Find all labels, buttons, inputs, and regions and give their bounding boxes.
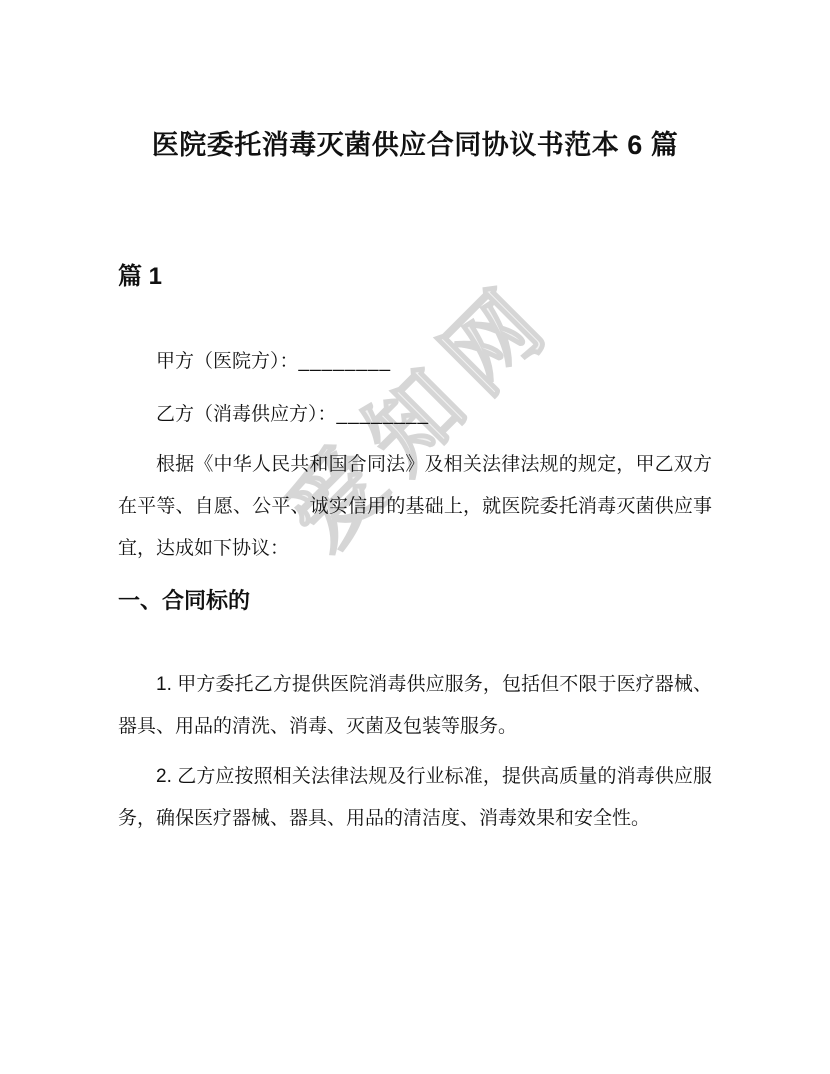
part-heading: 篇 1	[118, 261, 712, 293]
preamble-paragraph: 根据《中华人民共和国合同法》及相关法律法规的规定，甲乙双方在平等、自愿、公平、诚…	[118, 444, 712, 570]
section-heading-contract-subject: 一、合同标的	[118, 586, 712, 616]
document-page: 爱知网 医院委托消毒灭菌供应合同协议书范本 6 篇 篇 1 甲方（医院方）：__…	[0, 0, 830, 1074]
document-content: 医院委托消毒灭菌供应合同协议书范本 6 篇 篇 1 甲方（医院方）：______…	[0, 129, 830, 840]
party-a-blank: ________	[299, 351, 392, 372]
party-b-blank: ________	[337, 404, 430, 425]
party-a-line: 甲方（医院方）：________	[118, 347, 712, 377]
document-title: 医院委托消毒灭菌供应合同协议书范本 6 篇	[118, 129, 712, 161]
clause-paragraph-2: 2. 乙方应按照相关法律法规及行业标准，提供高质量的消毒供应服务，确保医疗器械、…	[118, 756, 712, 840]
party-a-label: 甲方（医院方）：	[156, 351, 299, 372]
party-b-label: 乙方（消毒供应方）：	[156, 404, 337, 425]
party-b-line: 乙方（消毒供应方）：________	[118, 400, 712, 430]
clause-paragraph-1: 1. 甲方委托乙方提供医院消毒供应服务，包括但不限于医疗器械、器具、用品的清洗、…	[118, 664, 712, 748]
